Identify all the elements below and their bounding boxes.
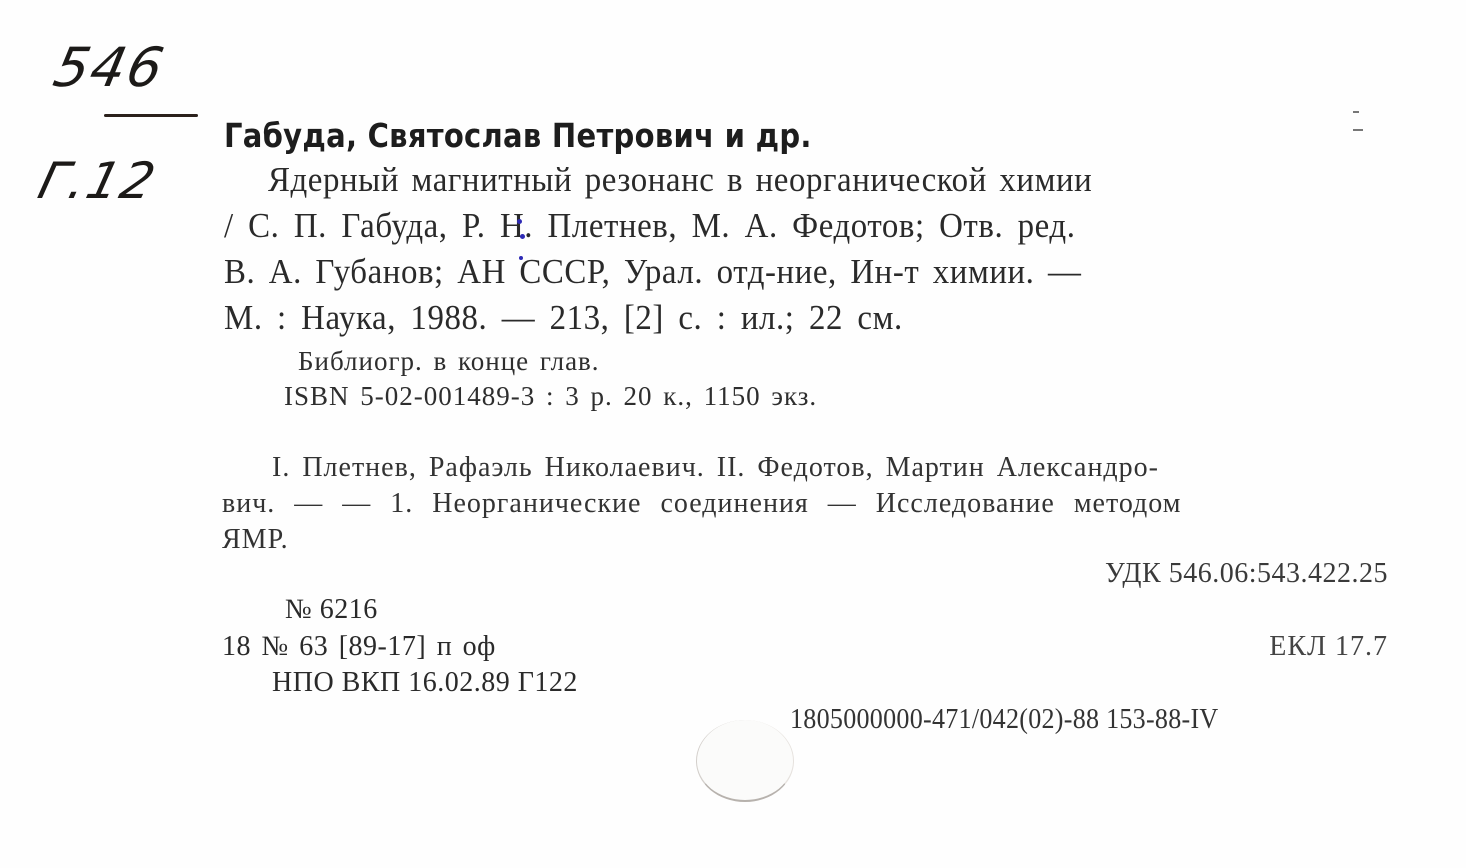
responsibility-line: / С. П. Габуда, Р. Н. Плетнев, М. А. Фед… [224, 206, 1076, 246]
isbn-price-note: ISBN 5-02-001489-3 : 3 р. 20 к., 1150 эк… [284, 381, 817, 412]
ink-dot [517, 219, 522, 224]
order-number: № 6216 [285, 594, 378, 626]
ink-dot [520, 234, 525, 239]
print-info: 18 № 63 [89-17] п оф [222, 631, 496, 663]
catalog-code: 1805000000-471/042(02)-88 153-88-IV [790, 704, 1219, 736]
bibliography-note: Библиогр. в конце глав. [298, 346, 600, 377]
imprint-line: М. : Наука, 1988. — 213, [2] с. : ил.; 2… [224, 298, 903, 338]
ekl-code: ЕКЛ 17.7 [1269, 631, 1388, 663]
title-line: Ядерный магнитный резонанс в неорганичес… [268, 160, 1092, 200]
card-punch-hole [696, 720, 794, 802]
udc-code: УДК 546.06:543.422.25 [1105, 558, 1388, 590]
shelf-mark-author-code: Г.12 [33, 152, 163, 210]
publisher-info: НПО ВКП 16.02.89 Г122 [272, 667, 578, 699]
tracing-line: I. Плетнев, Рафаэль Николаевич. II. Федо… [272, 452, 1159, 484]
tracing-line: ЯМР. [222, 524, 289, 556]
shelf-mark-divider [104, 114, 198, 117]
author-heading: Габуда, Святослав Петрович и др. [224, 116, 812, 155]
catalog-card: 546 Г.12 Габуда, Святослав Петрович и др… [0, 0, 1466, 868]
shelf-mark-class-number: 546 [48, 36, 170, 99]
editor-institution-line: В. А. Губанов; АН СССР, Урал. отд-ние, И… [224, 252, 1081, 292]
ink-dot [519, 256, 523, 260]
scan-smudge [1353, 100, 1383, 103]
tracing-line: вич. — — 1. Неорганические соединения — … [222, 488, 1181, 520]
